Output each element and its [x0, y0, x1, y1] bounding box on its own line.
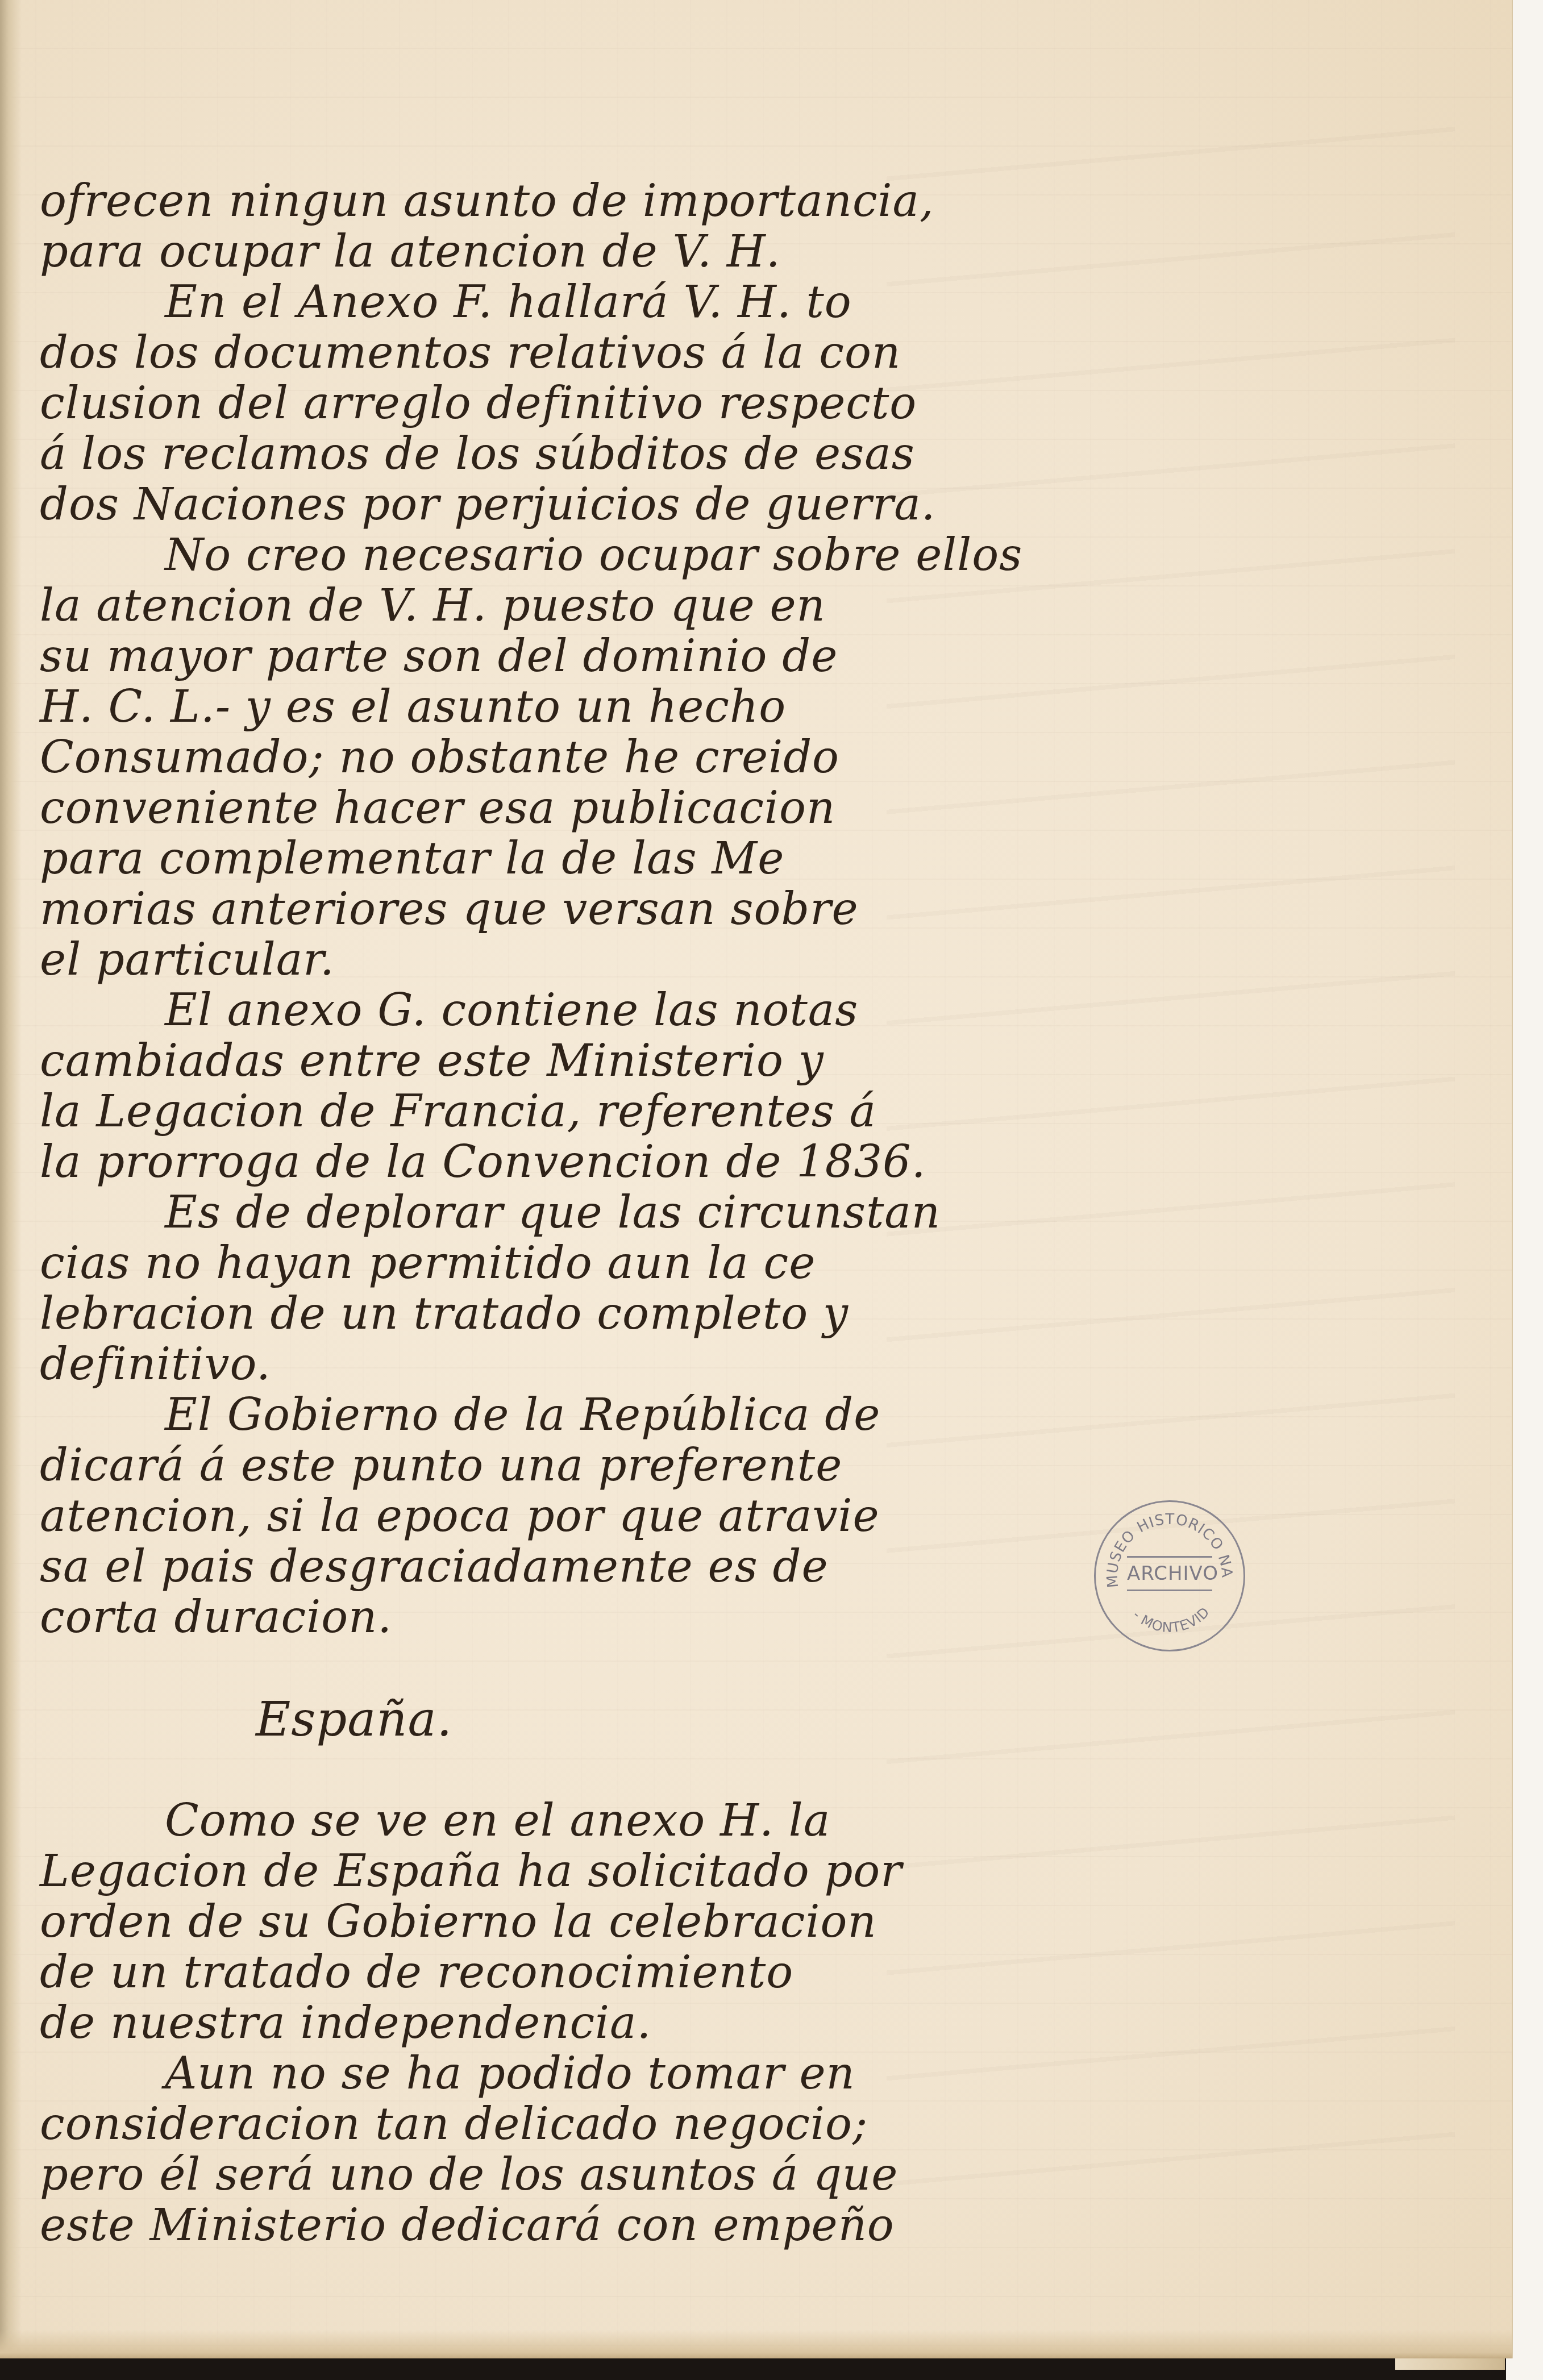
- text-line: orden de su Gobierno la celebracion: [40, 1897, 881, 1948]
- text-line: para ocupar la atencion de V. H.: [40, 227, 881, 277]
- text-line: consideracion tan delicado negocio;: [40, 2099, 881, 2150]
- text-line: El Gobierno de la República de: [40, 1390, 881, 1441]
- text-line: Aun no se ha podido tomar en: [40, 2049, 881, 2099]
- text-line: para complementar la de las Me: [40, 834, 881, 884]
- text-line: la Legacion de Francia, referentes á: [40, 1087, 881, 1137]
- text-line: ofrecen ningun asunto de importancia,: [40, 176, 881, 227]
- text-line: clusion del arreglo definitivo respecto: [40, 378, 881, 429]
- ink-bleed-through: [887, 85, 1455, 2188]
- text-line: la atencion de V. H. puesto que en: [40, 581, 881, 631]
- manuscript-page: ofrecen ningun asunto de importancia, pa…: [0, 0, 1513, 2358]
- text-line: No creo necesario ocupar sobre ellos: [40, 530, 881, 581]
- text-line: H. C. L.- y es el asunto un hecho: [40, 682, 881, 733]
- handwritten-text: ofrecen ningun asunto de importancia, pa…: [40, 176, 881, 2251]
- text-line: Consumado; no obstante he creido: [40, 733, 881, 783]
- text-line: Es de deplorar que las circunstan: [40, 1188, 881, 1238]
- text-line: El anexo G. contiene las notas: [40, 985, 881, 1036]
- text-line: de nuestra independencia.: [40, 1998, 881, 2049]
- text-line: sa el pais desgraciadamente es de: [40, 1542, 881, 1592]
- text-line: Legacion de España ha solicitado por: [40, 1846, 881, 1897]
- text-line: atencion, si la epoca por que atravie: [40, 1491, 881, 1542]
- archive-stamp: MUSEO HISTORICO NACIONAL - MONTEVIDEO - …: [1094, 1500, 1245, 1651]
- text-line: dos Naciones por perjuicios de guerra.: [40, 480, 881, 530]
- text-line: dos los documentos relativos á la con: [40, 328, 881, 378]
- text-line: cias no hayan permitido aun la ce: [40, 1238, 881, 1289]
- section-heading: España.: [40, 1694, 881, 1745]
- text-line: conveniente hacer esa publicacion: [40, 783, 881, 834]
- text-line: corta duracion.: [40, 1592, 881, 1643]
- text-line: este Ministerio dedicará con empeño: [40, 2200, 881, 2251]
- text-line: lebracion de un tratado completo y: [40, 1289, 881, 1339]
- text-line: dicará á este punto una preferente: [40, 1441, 881, 1491]
- text-line: el particular.: [40, 935, 881, 985]
- text-line: definitivo.: [40, 1339, 881, 1390]
- text-line: su mayor parte son del dominio de: [40, 631, 881, 682]
- text-line: la prorroga de la Convencion de 1836.: [40, 1137, 881, 1188]
- text-line: cambiadas entre este Ministerio y: [40, 1036, 881, 1087]
- text-line: Como se ve en el anexo H. la: [40, 1796, 881, 1846]
- text-line: En el Anexo F. hallará V. H. to: [40, 277, 881, 328]
- text-line: morias anteriores que versan sobre: [40, 884, 881, 935]
- stamp-center-text: ARCHIVO: [1127, 1556, 1212, 1591]
- text-line: pero él será uno de los asuntos á que: [40, 2150, 881, 2200]
- text-line: de un tratado de reconocimiento: [40, 1948, 881, 1998]
- text-line: á los reclamos de los súbditos de esas: [40, 429, 881, 480]
